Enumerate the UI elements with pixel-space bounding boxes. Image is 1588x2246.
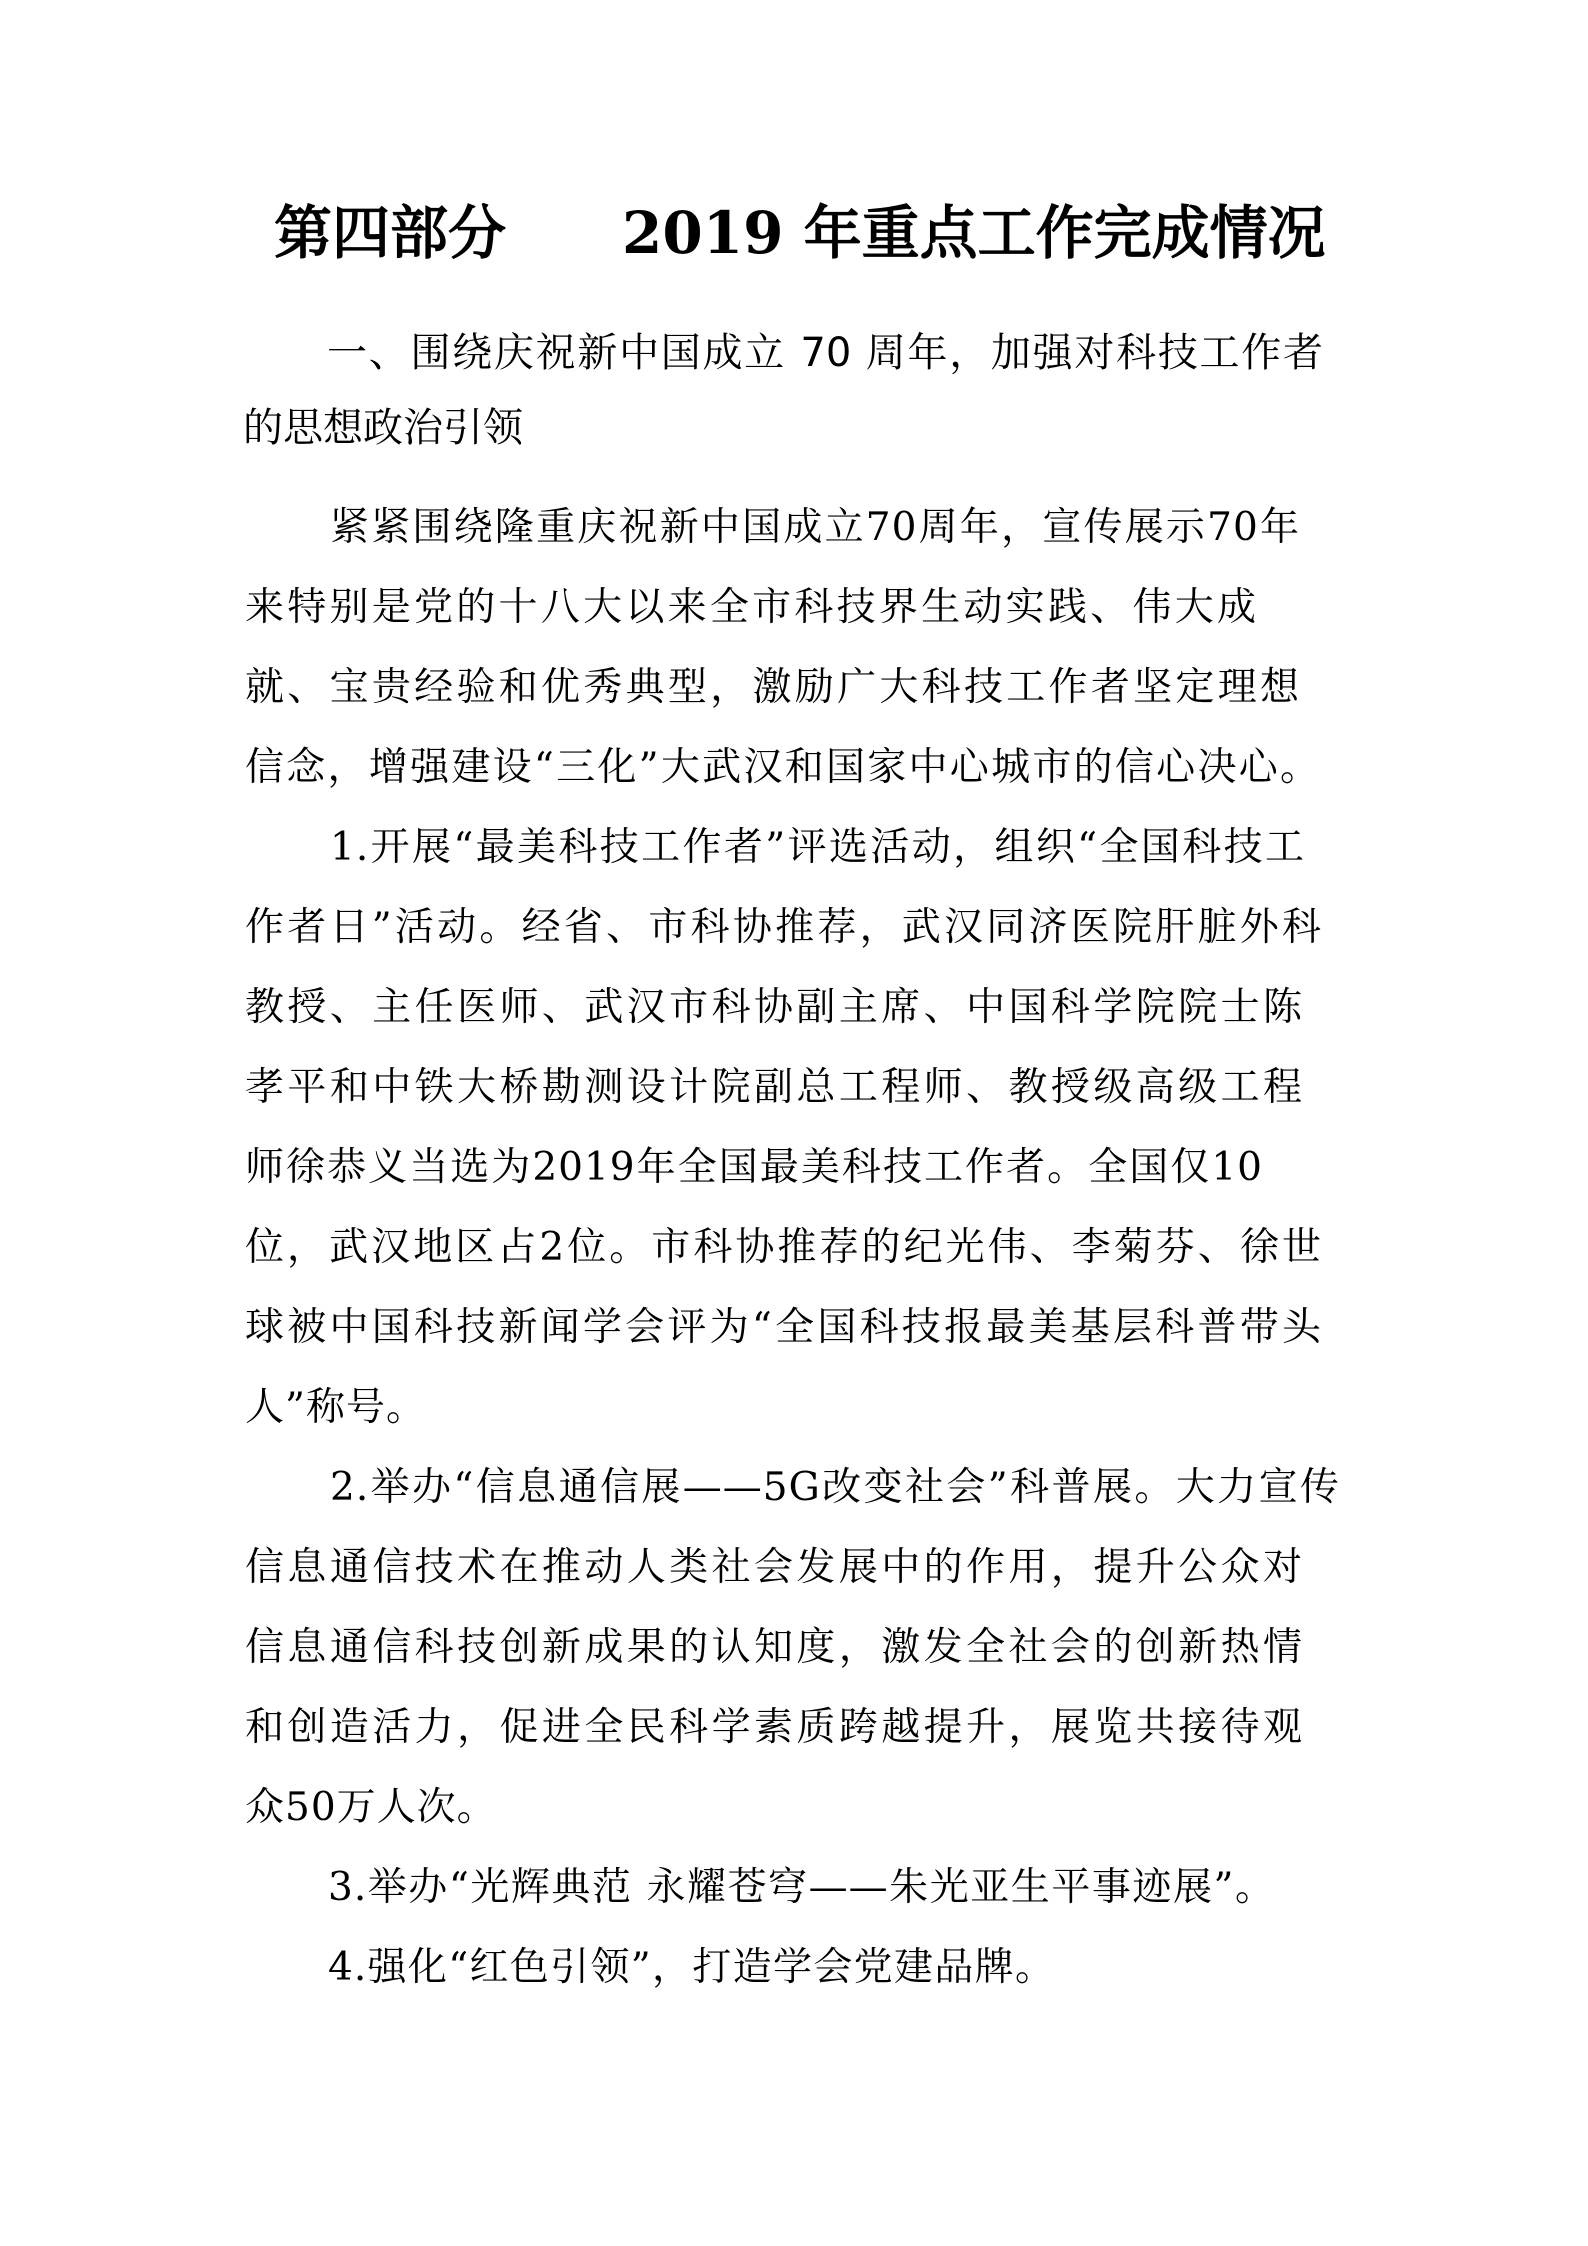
section-heading-line: 一、围绕庆祝新中国成立 70 周年，加强对科技工作者 [327, 323, 1323, 383]
page-title: 第四部分 2019 年重点工作完成情况 [274, 196, 1312, 270]
paragraph-line: 就、宝贵经验和优秀典型，激励广大科技工作者坚定理想 [245, 658, 1300, 718]
paragraph-line: 来特别是党的十八大以来全市科技界生动实践、伟大成 [245, 578, 1257, 638]
section-heading-line: 的思想政治引领 [243, 398, 523, 458]
paragraph-line: 4.强化“红色引领”，打造学会党建品牌。 [328, 1938, 1055, 1998]
paragraph-line: 教授、主任医师、武汉市科协副主席、中国科学院院士陈 [245, 978, 1303, 1038]
paragraph-line: 人”称号。 [245, 1378, 426, 1438]
paragraph-line: 孝平和中铁大桥勘测设计院副总工程师、教授级高级工程 [245, 1058, 1303, 1118]
document-page: 第四部分 2019 年重点工作完成情况 一、围绕庆祝新中国成立 70 周年，加强… [0, 0, 1588, 2246]
paragraph-line: 紧紧围绕隆重庆祝新中国成立70周年，宣传展示70年 [330, 498, 1300, 558]
paragraph-line: 信息通信技术在推动人类社会发展中的作用，提升公众对 [245, 1538, 1303, 1598]
paragraph-line: 位，武汉地区占2位。市科协推荐的纪光伟、李菊芬、徐世 [245, 1218, 1322, 1278]
paragraph-line: 信念，增强建设“三化”大武汉和国家中心城市的信心决心。 [245, 738, 1320, 798]
paragraph-line: 1.开展“最美科技工作者”评选活动，组织“全国科技工 [330, 818, 1305, 878]
paragraph-line: 众50万人次。 [245, 1778, 497, 1838]
paragraph-line: 信息通信科技创新成果的认知度，激发全社会的创新热情 [245, 1618, 1303, 1678]
paragraph-line: 球被中国科技新闻学会评为“全国科技报最美基层科普带头 [245, 1298, 1322, 1358]
paragraph-line: 和创造活力，促进全民科学素质跨越提升，展览共接待观 [245, 1698, 1303, 1758]
paragraph-line: 2.举办“信息通信展——5G改变社会”科普展。大力宣传 [330, 1458, 1340, 1518]
paragraph-line: 3.举办“光辉典范 永耀苍穹——朱光亚生平事迹展”。 [328, 1858, 1275, 1918]
paragraph-line: 作者日”活动。经省、市科协推荐，武汉同济医院肝脏外科 [245, 898, 1322, 958]
paragraph-line: 师徐恭义当选为2019年全国最美科技工作者。全国仅10 [245, 1138, 1263, 1198]
